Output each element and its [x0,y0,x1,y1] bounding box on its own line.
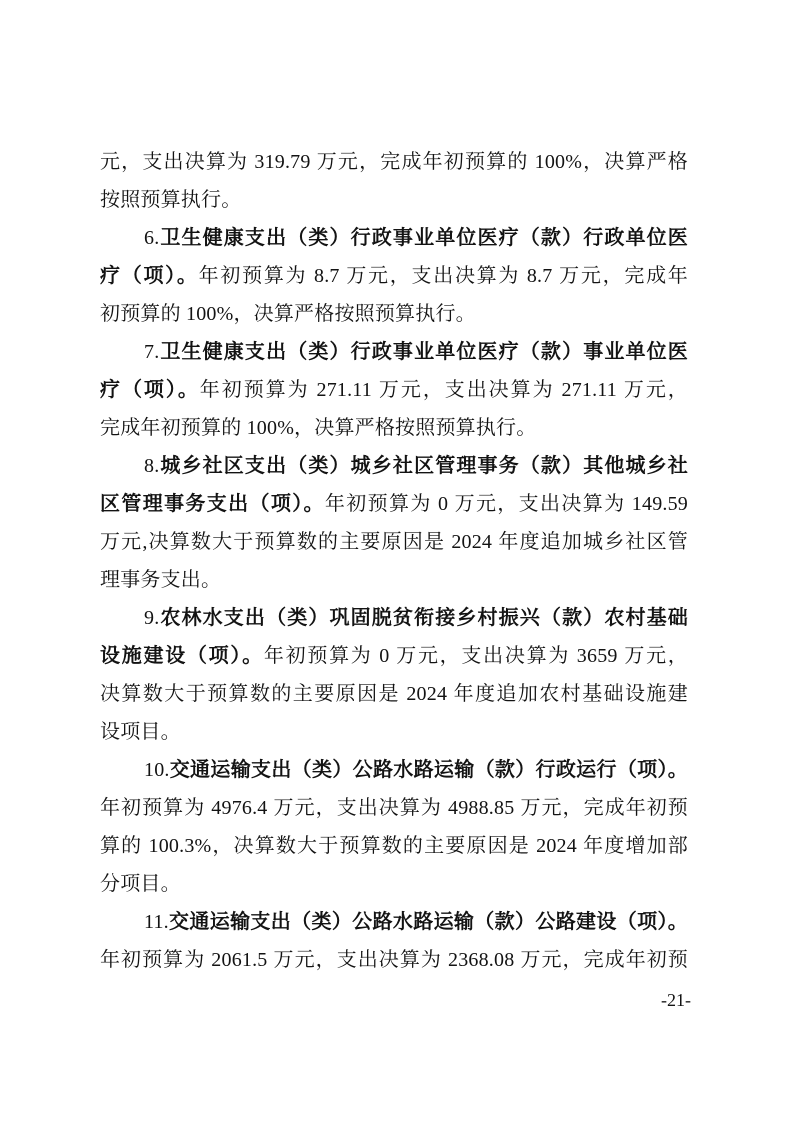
text-line: 7.卫生健康支出（类）行政事业单位医疗（款）事业单位医 [100,333,688,371]
text-line: 设施建设（项）。年初预算为 0 万元，支出决算为 3659 万元， [100,637,688,675]
body-text-run: 年初预算为 8.7 万元，支出决算为 8.7 万元，完成年 [199,265,688,287]
text-line: 理事务支出。 [100,561,688,599]
text-line: 决算数大于预算数的主要原因是 2024 年度追加农村基础设施建 [100,675,688,713]
heading-text-run: 区管理事务支出（项）。 [100,493,325,515]
body-text-run: 元，支出决算为 319.79 万元，完成年初预算的 100%，决算严格 [100,151,688,173]
text-line: 完成年初预算的 100%，决算严格按照预算执行。 [100,409,688,447]
body-text-run: 8. [144,455,159,477]
document-page: 元，支出决算为 319.79 万元，完成年初预算的 100%，决算严格按照预算执… [0,0,793,1122]
body-text-run: 决算数大于预算数的主要原因是 2024 年度追加农村基础设施建 [100,683,688,705]
text-line: 11.交通运输支出（类）公路水路运输（款）公路建设（项）。 [100,903,688,941]
body-text-run: 按照预算执行。 [100,189,241,211]
heading-text-run: 设施建设（项）。 [100,645,264,667]
text-line: 初预算的 100%，决算严格按照预算执行。 [100,295,688,333]
text-line: 算的 100.3%，决算数大于预算数的主要原因是 2024 年度增加部 [100,827,688,865]
text-line: 分项目。 [100,865,688,903]
text-line: 年初预算为 4976.4 万元，支出决算为 4988.85 万元，完成年初预 [100,789,688,827]
body-text-run: 万元,决算数大于预算数的主要原因是 2024 年度追加城乡社区管 [100,531,688,553]
heading-text-run: 卫生健康支出（类）行政事业单位医疗（款）行政单位医 [159,227,688,249]
body-text-run: 设项目。 [100,721,181,743]
text-line: 区管理事务支出（项）。年初预算为 0 万元，支出决算为 149.59 [100,485,688,523]
body-text-run: 理事务支出。 [100,569,221,591]
text-line: 疗（项）。年初预算为 271.11 万元，支出决算为 271.11 万元， [100,371,688,409]
text-line: 疗（项）。年初预算为 8.7 万元，支出决算为 8.7 万元，完成年 [100,257,688,295]
heading-text-run: 交通运输支出（类）公路水路运输（款）公路建设（项）。 [169,911,688,933]
body-text-run: 6. [144,227,159,249]
heading-text-run: 城乡社区支出（类）城乡社区管理事务（款）其他城乡社 [159,455,688,477]
heading-text-run: 卫生健康支出（类）行政事业单位医疗（款）事业单位医 [159,341,688,363]
body-text-run: 10. [144,759,170,781]
body-text-run: 分项目。 [100,873,181,895]
body-text-run: 初预算的 100%，决算严格按照预算执行。 [100,303,476,325]
body-text-run: 完成年初预算的 100%，决算严格按照预算执行。 [100,417,536,439]
body-text-run: 11. [144,911,169,933]
body-text-run: 年初预算为 2061.5 万元，支出决算为 2368.08 万元，完成年初预 [100,949,688,971]
body-text-run: 7. [144,341,159,363]
text-line: 设项目。 [100,713,688,751]
document-body: 元，支出决算为 319.79 万元，完成年初预算的 100%，决算严格按照预算执… [100,143,688,979]
heading-text-run: 农林水支出（类）巩固脱贫衔接乡村振兴（款）农村基础 [159,607,688,629]
text-line: 年初预算为 2061.5 万元，支出决算为 2368.08 万元，完成年初预 [100,941,688,979]
text-line: 8.城乡社区支出（类）城乡社区管理事务（款）其他城乡社 [100,447,688,485]
text-line: 9.农林水支出（类）巩固脱贫衔接乡村振兴（款）农村基础 [100,599,688,637]
text-line: 元，支出决算为 319.79 万元，完成年初预算的 100%，决算严格 [100,143,688,181]
body-text-run: 9. [144,607,159,629]
text-line: 按照预算执行。 [100,181,688,219]
heading-text-run: 交通运输支出（类）公路水路运输（款）行政运行（项）。 [170,759,688,781]
heading-text-run: 疗（项）。 [100,265,199,287]
heading-text-run: 疗（项）。 [100,379,200,401]
text-line: 6.卫生健康支出（类）行政事业单位医疗（款）行政单位医 [100,219,688,257]
body-text-run: 年初预算为 0 万元，支出决算为 3659 万元， [264,645,688,667]
body-text-run: 年初预算为 271.11 万元，支出决算为 271.11 万元， [200,379,688,401]
body-text-run: 算的 100.3%，决算数大于预算数的主要原因是 2024 年度增加部 [100,835,688,857]
body-text-run: 年初预算为 4976.4 万元，支出决算为 4988.85 万元，完成年初预 [100,797,688,819]
page-number: -21- [661,988,691,1012]
body-text-run: 年初预算为 0 万元，支出决算为 149.59 [325,493,688,515]
text-line: 万元,决算数大于预算数的主要原因是 2024 年度追加城乡社区管 [100,523,688,561]
text-line: 10.交通运输支出（类）公路水路运输（款）行政运行（项）。 [100,751,688,789]
